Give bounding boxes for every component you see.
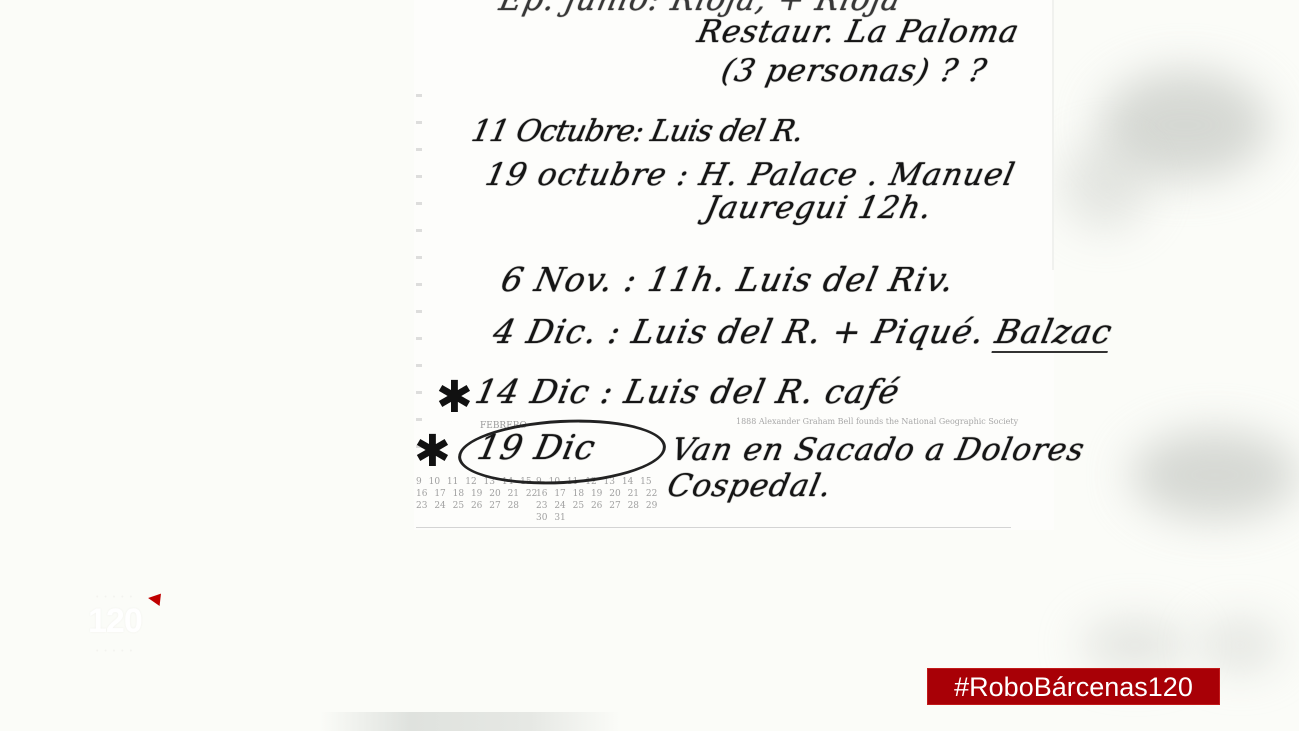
note-line-underlined: Balzac xyxy=(991,312,1116,353)
background-blur xyxy=(1080,620,1190,670)
hashtag-banner: #RoboBárcenas120 xyxy=(927,668,1220,705)
calendar-row: 23 24 25 26 27 28 29 xyxy=(536,501,657,511)
calendar-row: 16 17 18 19 20 21 22 xyxy=(536,489,657,499)
background-shadow xyxy=(320,712,620,731)
note-line: Cospedal. xyxy=(664,468,835,504)
calendar-row: 16 17 18 19 20 21 22 xyxy=(416,489,537,499)
calendar-margin-marks xyxy=(416,70,422,460)
note-line: 14 Dic : Luis del R. café xyxy=(472,372,904,411)
background-blur xyxy=(1130,430,1299,520)
calendar-row: 30 31 xyxy=(536,513,566,523)
document-bottom-edge xyxy=(416,527,1011,528)
note-line: 19 octubre : H. Palace . Manuel xyxy=(482,157,1018,193)
note-line: 11 Octubre: Luis del R. xyxy=(468,114,806,149)
note-line: 4 Dic. : Luis del R. + Piqué. Balzac xyxy=(490,312,1116,351)
note-line: 19 Dic xyxy=(474,428,600,468)
calendar-row: 23 24 25 26 27 28 xyxy=(416,501,519,511)
logo-ring: • • • • • xyxy=(96,594,134,601)
document-edge xyxy=(1052,0,1054,270)
background-blur xyxy=(1060,140,1150,230)
logo-red-triangle-icon xyxy=(148,589,166,606)
asterisk-mark-icon: ✱ xyxy=(414,426,451,477)
note-line: 6 Nov. : 11h. Luis del Riv. xyxy=(498,260,959,299)
printed-note: 1888 Alexander Graham Bell founds the Na… xyxy=(736,417,1018,426)
note-line: Restaur. La Paloma xyxy=(694,14,1023,50)
note-line: Van en Sacado a Dolores xyxy=(668,432,1088,468)
note-line-text: 4 Dic. : Luis del R. + Piqué. xyxy=(490,312,1000,351)
background-blur xyxy=(1200,620,1280,670)
logo-number: 120 xyxy=(88,602,142,641)
asterisk-mark-icon: ✱ xyxy=(436,372,473,423)
logo-ring: • • • • • xyxy=(96,648,134,655)
note-line: Jauregui 12h. xyxy=(702,190,936,226)
note-line: (3 personas) ? ? xyxy=(718,53,990,89)
channel-logo: • • • • • 120 • • • • • xyxy=(82,590,162,660)
